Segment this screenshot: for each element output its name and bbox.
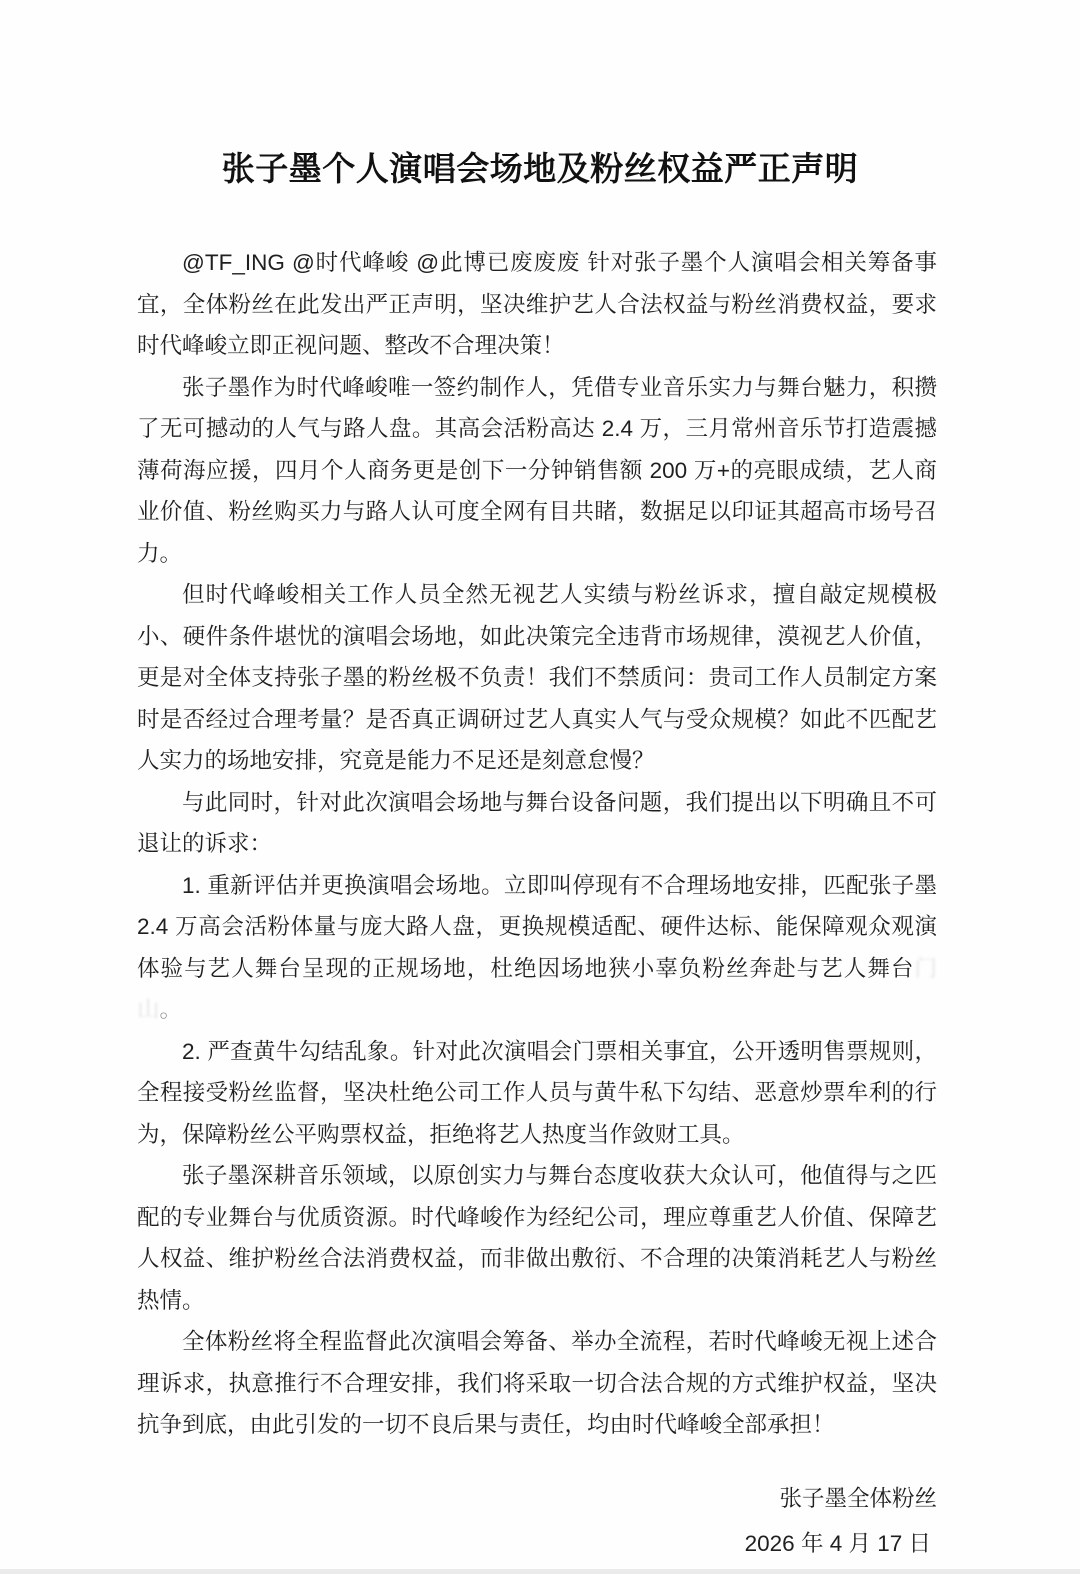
document-title: 张子墨个人演唱会场地及粉丝权益严正声明 (0, 0, 1080, 190)
signature-date: 2026 年 4 月 17 日 (137, 1521, 937, 1566)
paragraph-criticism-of-venue: 但时代峰峻相关工作人员全然无视艺人实绩与粉丝诉求，擅自敲定规模极小、硬件条件堪忧… (137, 574, 937, 782)
faded-period: 。 (160, 997, 183, 1022)
signature-block: 张子墨全体粉丝 2026 年 4 月 17 日 (137, 1476, 937, 1566)
paragraph-artist-worth: 张子墨深耕音乐领域，以原创实力与舞台态度收获大众认可，他值得与之匹配的专业舞台与… (137, 1155, 937, 1321)
demand-1-text: 1. 重新评估并更换演唱会场地。立即叫停现有不合理场地安排，匹配张子墨 2.4 … (137, 873, 937, 981)
paragraph-demands-intro: 与此同时，针对此次演唱会场地与舞台设备问题，我们提出以下明确且不可退让的诉求： (137, 782, 937, 865)
document-page: 张子墨个人演唱会场地及粉丝权益严正声明 @TF_ING @时代峰峻 @此博已废废… (0, 0, 1080, 1574)
bottom-edge-strip (0, 1569, 1080, 1574)
paragraph-closing-warning: 全体粉丝将全程监督此次演唱会筹备、举办全流程，若时代峰峻无视上述合理诉求，执意推… (137, 1321, 937, 1446)
document-body: @TF_ING @时代峰峻 @此博已废废废 针对张子墨个人演唱会相关筹备事宜，全… (137, 242, 937, 1446)
paragraph-opening-statement: @TF_ING @时代峰峻 @此博已废废废 针对张子墨个人演唱会相关筹备事宜，全… (137, 242, 937, 367)
paragraph-artist-achievements: 张子墨作为时代峰峻唯一签约制作人，凭借专业音乐实力与舞台魅力，积攒了无可撼动的人… (137, 367, 937, 575)
signature-name: 张子墨全体粉丝 (137, 1476, 937, 1521)
paragraph-demand-2: 2. 严查黄牛勾结乱象。针对此次演唱会门票相关事宜，公开透明售票规则，全程接受粉… (137, 1031, 937, 1156)
paragraph-demand-1: 1. 重新评估并更换演唱会场地。立即叫停现有不合理场地安排，匹配张子墨 2.4 … (137, 865, 937, 1031)
